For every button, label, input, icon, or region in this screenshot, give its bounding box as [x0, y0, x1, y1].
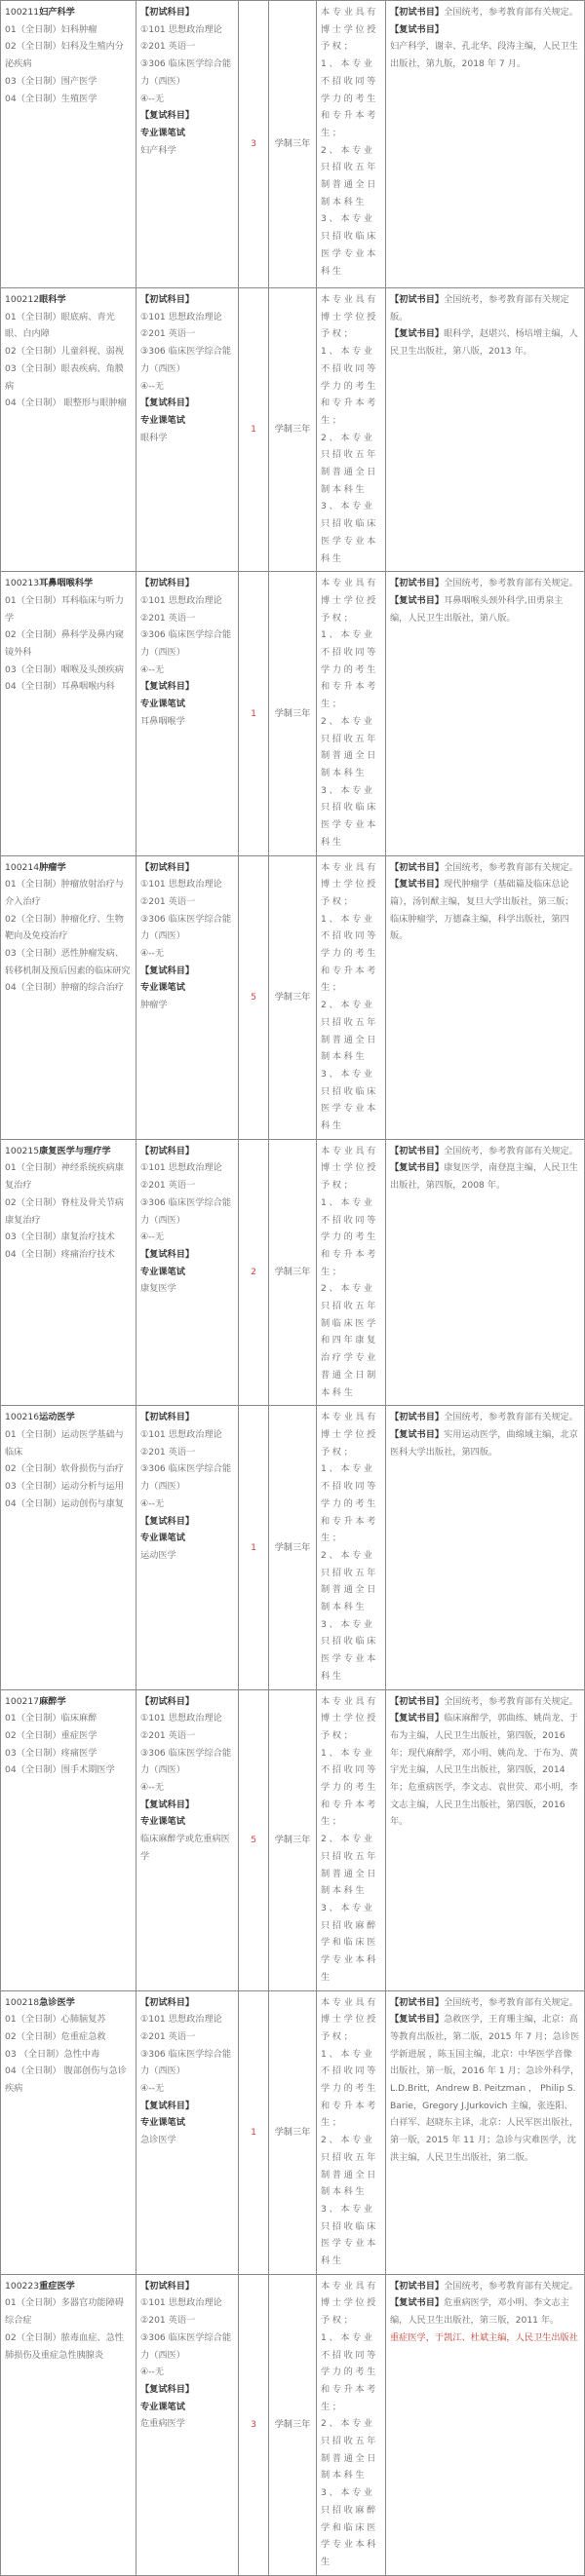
retest-subject: 临床麻醉学或危重病医学 [140, 1831, 234, 1865]
requirements-cell: 本专业具有博士学位授予权；1、本专业不招收同等学力的考生和专升本考生；2、本专业… [317, 1990, 386, 2274]
direction-list: 01（全日制）妇科肿瘤02（全日制）妇科及生殖内分泌疾病03（全日制）围产医学0… [5, 21, 132, 108]
study-duration: 学制三年 [269, 572, 317, 855]
initial-exam-label: 【初试科目】 [140, 859, 234, 877]
direction-list: 01（全日制）运动医学基础与临床02（全日制）软骨损伤与治疗03（全日制）运动分… [5, 1426, 132, 1513]
reference-books-cell: 【初试书目】全国统考，参考教育部有关规定。 【复试书目】急救医学，王育珊主编，北… [386, 1990, 585, 2274]
major-title: 100218急诊医学 [5, 1994, 132, 2012]
study-duration: 学制三年 [269, 1, 317, 288]
list-item: 3、本专业只招收临床医学专业本科生 [321, 1066, 381, 1135]
list-item: 本专业具有博士学位授予权； [321, 575, 381, 626]
list-item: 2、本专业只招收五年制普通全日制本科生 [321, 1547, 381, 1616]
retest-type: 专业课笔试 [140, 2114, 234, 2132]
list-item: 1、本专业不招收同等学力的考生和专升本考生； [321, 2046, 381, 2133]
list-item: ③306 临床医学综合能力（西医） [140, 1745, 234, 1779]
requirement-list: 本专业具有博士学位授予权；1、本专业不招收同等学力的考生和专升本考生；2、本专业… [321, 291, 381, 567]
list-item: 03（全日制）咽喉及头颈疾病 [5, 662, 132, 679]
list-item: 03（全日制）疼痛医学 [5, 1745, 132, 1762]
list-item: 1、本专业不招收同等学力的考生和专升本考生； [321, 911, 381, 998]
reference-books-cell: 【初试书目】全国统考，参考教育部有关规定。 【复试书目】康复医学，南登崑主编，人… [386, 1139, 585, 1406]
retest-books-block: 【复试书目】康复医学，南登崑主编，人民卫生出版社，第四版，2008 年。 [390, 1159, 580, 1193]
list-item: ②201 英语一 [140, 325, 234, 343]
major-cell: 100216运动医学 01（全日制）运动医学基础与临床02（全日制）软骨损伤与治… [1, 1406, 136, 1689]
requirements-cell: 本专业具有博士学位授予权；1、本专业不招收同等学力的考生和专升本考生；2、本专业… [317, 572, 386, 855]
retest-exam-label: 【复试科目】 [140, 107, 234, 125]
retest-exam-label: 【复试科目】 [140, 1513, 234, 1531]
list-item: 1、本专业不招收同等学力的考生和专升本考生； [321, 1745, 381, 1832]
list-item: 03（全日制）运动分析与运用 [5, 1478, 132, 1496]
list-item: 3、本专业只招收临床医学专业本科生 [321, 210, 381, 280]
list-item: ①101 思想政治理论 [140, 1426, 234, 1444]
requirement-list: 本专业具有博士学位授予权；1、本专业不招收同等学力的考生和专升本考生；2、本专业… [321, 1143, 381, 1402]
major-code: 100216 [5, 1412, 39, 1422]
retest-exam-label: 【复试科目】 [140, 1797, 234, 1814]
retest-books-block: 【复试书目】眼科学，赵堪兴、杨培增主编，人民卫生出版社，第八版，2013 年。 [390, 325, 580, 360]
list-item: 本专业具有博士学位授予权； [321, 859, 381, 911]
list-item: ③306 临床医学综合能力（西医） [140, 343, 234, 377]
list-item: 01（全日制）运动医学基础与临床 [5, 1426, 132, 1460]
list-item: ③306 临床医学综合能力（西医） [140, 56, 234, 90]
list-item: ②201 英语一 [140, 38, 234, 56]
retest-books-label: 【复试书目】 [390, 2014, 444, 2025]
list-item: 1、本专业不招收同等学力的考生和专升本考生； [321, 626, 381, 713]
major-cell: 100211妇产科学 01（全日制）妇科肿瘤02（全日制）妇科及生殖内分泌疾病0… [1, 1, 136, 288]
study-duration: 学制三年 [269, 2274, 317, 2369]
major-name: 耳鼻咽喉科学 [39, 578, 93, 588]
retest-books-block: 【复试书目】危重病医学，邓小明、李文志主编，人民卫生出版社，第三版，2011 年… [390, 2294, 580, 2329]
direction-list: 01（全日制）耳科临床与听力学02（全日制）鼻科学及鼻内窥镜外科03（全日制）咽… [5, 592, 132, 696]
retest-type: 专业课笔试 [140, 979, 234, 997]
list-item: ④--无 [140, 378, 234, 396]
enrollment-count: 5 [239, 855, 269, 1139]
list-item: ①101 思想政治理论 [140, 309, 234, 326]
list-item: 01（全日制）心肺脑复苏 [5, 2011, 132, 2028]
reference-books-cell: 【初试书目】全国统考，参考教育部有关规定。 【复试书目】耳鼻咽喉头颈外科学,田勇… [386, 572, 585, 855]
reference-books-cell: 【初试书目】全国统考，参考教育部有关规定。 【复试书目】妇产科学，谢幸、孔北华、… [386, 1, 585, 288]
major-name: 眼科学 [39, 294, 66, 305]
retest-subject: 妇产科学 [140, 142, 234, 160]
list-item: 本专业具有博士学位授予权； [321, 1994, 381, 2046]
requirements-cell: 本专业具有博士学位授予权；1、本专业不招收同等学力的考生和专升本考生；2、本专业… [317, 1, 386, 288]
list-item: 2、本专业只招收五年制临床医学和四年康复治疗学专业普通全日制本科生 [321, 1280, 381, 1401]
major-cell: 100223重症医学 01（全日制）多器官功能障碍综合症02（全日制）脓毒血症、… [1, 2274, 136, 2369]
list-item: 3、本专业只招收临床医学专业本科生 [321, 782, 381, 852]
initial-exam-label: 【初试科目】 [140, 291, 234, 309]
list-item: ③306 临床医学综合能力（西医） [140, 626, 234, 661]
direction-list: 01（全日制）眼底病、青光眼、白内障02（全日制）儿童斜视、弱视03（全日制）眼… [5, 309, 132, 412]
reference-books-cell: 【初试书目】全国统考，参考教育部有关规定。 【复试书目】危重病医学，邓小明、李文… [386, 2274, 585, 2369]
initial-exam-list: ①101 思想政治理论②201 英语一③306 临床医学综合能力（西医）④--无 [140, 1159, 234, 1246]
initial-exam-label: 【初试科目】 [140, 575, 234, 592]
list-item: 03（全日制）恶性肿瘤发病、转移机制及预后因素的临床研究 [5, 945, 132, 979]
exam-subjects-cell: 【初试科目】 ①101 思想政治理论②201 英语一③306 临床医学综合能力（… [136, 572, 239, 855]
initial-books-label: 【初试书目】 [390, 1146, 444, 1156]
table-row: 100218急诊医学 01（全日制）心肺脑复苏02（全日制）危重症急救03 （全… [1, 1990, 585, 2274]
study-duration: 学制三年 [269, 1406, 317, 1689]
list-item: 2、本专业只招收五年制普通全日制本科生 [321, 1831, 381, 1900]
initial-exam-list: ①101 思想政治理论②201 英语一③306 临床医学综合能力（西医）④--无 [140, 1710, 234, 1797]
initial-books-text: 全国统考，参考教育部有关规定。 [444, 1412, 578, 1422]
major-code: 100218 [5, 1997, 39, 2008]
retest-subject: 急诊医学 [140, 2132, 234, 2149]
exam-subjects-cell: 【初试科目】 ①101 思想政治理论②201 英语一③306 临床医学综合能力（… [136, 1689, 239, 1990]
list-item: 04（全日制） 腹部创伤与急诊疾病 [5, 2063, 132, 2097]
list-item: 1、本专业不招收同等学力的考生和专升本考生； [321, 56, 381, 142]
list-item: 04（全日制）肿瘤的综合治疗 [5, 979, 132, 997]
major-title: 100216运动医学 [5, 1409, 132, 1426]
list-item: 本专业具有博士学位授予权； [321, 4, 381, 56]
list-item: 04（全日制）生殖医学 [5, 91, 132, 108]
retest-exam-label: 【复试科目】 [140, 395, 234, 412]
major-code: 100215 [5, 1146, 39, 1156]
direction-list: 01（全日制）肿瘤放射治疗与介入治疗02（全日制）肿瘤化疗、生物靶向及免疫治疗0… [5, 876, 132, 997]
major-name: 肿瘤学 [39, 862, 66, 873]
major-name: 麻醉学 [39, 1696, 66, 1707]
retest-books-label: 【复试书目】 [390, 595, 444, 606]
list-item: ②201 英语一 [140, 1444, 234, 1461]
requirements-cell: 本专业具有博士学位授予权；1、本专业不招收同等学力的考生和专升本考生；2、本专业… [317, 1139, 386, 1406]
list-item: ④--无 [140, 2364, 234, 2369]
enrollment-count: 5 [239, 1689, 269, 1990]
enrollment-count: 3 [239, 2274, 269, 2369]
list-item: ③306 临床医学综合能力（西医） [140, 911, 234, 945]
list-item: 04（全日制） 眼整形与眼肿瘤 [5, 395, 132, 412]
admissions-table: 100211妇产科学 01（全日制）妇科肿瘤02（全日制）妇科及生殖内分泌疾病0… [0, 0, 585, 2369]
list-item: 01（全日制）耳科临床与听力学 [5, 592, 132, 626]
retest-type: 专业课笔试 [140, 412, 234, 430]
list-item: 02（全日制）脓毒血症、急性肺损伤及重症急性胰腺炎 [5, 2330, 132, 2364]
list-item: 01（全日制）多器官功能障碍综合症 [5, 2294, 132, 2329]
retest-exam-label: 【复试科目】 [140, 1246, 234, 1264]
list-item: 2、本专业只招收五年制普通全日制本科生 [321, 430, 381, 499]
retest-books-block: 【复试书目】现代肿瘤学（基础篇及临床总论篇），汤钊猷主编，复旦大学出版社，第三版… [390, 876, 580, 945]
initial-books-label: 【初试书目】 [390, 2281, 444, 2292]
reference-books-cell: 【初试书目】全国统考，参考教育部有关规定版。 【复试书目】眼科学，赵堪兴、杨培增… [386, 288, 585, 572]
retest-subject: 眼科学 [140, 430, 234, 447]
list-item: 3、本专业只招收临床医学专业本科生 [321, 498, 381, 567]
initial-exam-label: 【初试科目】 [140, 1409, 234, 1426]
exam-subjects-cell: 【初试科目】 ①101 思想政治理论②201 英语一③306 临床医学综合能力（… [136, 288, 239, 572]
list-item: ②201 英语一 [140, 2312, 234, 2330]
extra-reference-book: 重症医学，于凯江、杜斌主编，人民卫生出版社 [390, 2330, 580, 2347]
list-item: ④--无 [140, 662, 234, 679]
list-item: 02（全日制）脊柱及骨关节病康复治疗 [5, 1194, 132, 1229]
initial-books-label: 【初试书目】 [390, 862, 444, 873]
major-name: 康复医学与理疗学 [39, 1146, 111, 1156]
list-item: 01（全日制）神经系统疾病康复治疗 [5, 1159, 132, 1193]
major-code: 100223 [5, 2281, 39, 2292]
major-title: 100223重症医学 [5, 2278, 132, 2295]
initial-books-label: 【初试书目】 [390, 294, 444, 305]
enrollment-count: 1 [239, 572, 269, 855]
reference-books-cell: 【初试书目】全国统考，参考教育部有关规定。 【复试书目】现代肿瘤学（基础篇及临床… [386, 855, 585, 1139]
list-item: 本专业具有博士学位授予权； [321, 1409, 381, 1460]
retest-books-text: 妇产科学，谢幸、孔北华、段涛主编，人民卫生出版社，第九版，2018 年 7 月。 [390, 38, 580, 72]
retest-type: 专业课笔试 [140, 1813, 234, 1831]
list-item: ②201 英语一 [140, 610, 234, 627]
initial-books-text: 全国统考，参考教育部有关规定。 [444, 862, 578, 873]
requirements-cell: 本专业具有博士学位授予权；1、本专业不招收同等学力的考生和专升本考生；2、本专业… [317, 1689, 386, 1990]
list-item: 04（全日制）耳鼻咽喉内科 [5, 678, 132, 696]
initial-books-text: 全国统考，参考教育部有关规定。 [444, 2281, 578, 2292]
major-cell: 100217麻醉学 01（全日制）临床麻醉02（全日制）重症医学03（全日制）疼… [1, 1689, 136, 1990]
list-item: 本专业具有博士学位授予权； [321, 2278, 381, 2330]
retest-books-label: 【复试书目】 [390, 2297, 444, 2308]
retest-books-block: 【复试书目】急救医学，王育珊主编，北京：高等教育出版社，第二版，2015 年 7… [390, 2011, 580, 2166]
initial-books-text: 全国统考，参考教育部有关规定。 [444, 1696, 578, 1707]
requirements-cell: 本专业具有博士学位授予权；1、本专业不招收同等学力的考生和专升本考生；2、本专业… [317, 288, 386, 572]
retest-subject: 运动医学 [140, 1547, 234, 1565]
retest-books-block: 【复试书目】临床麻醉学，郭曲练、姚尚龙、于布为主编，人民卫生出版社，第四版，20… [390, 1710, 580, 1831]
list-item: 2、本专业只招收五年制普通全日制本科生 [321, 2132, 381, 2201]
exam-subjects-cell: 【初试科目】 ①101 思想政治理论②201 英语一③306 临床医学综合能力（… [136, 2274, 239, 2369]
requirements-cell: 本专业具有博士学位授予权；1、本专业不招收同等学力的考生和专升本考生；2、本专业… [317, 2274, 386, 2369]
list-item: ②201 英语一 [140, 1177, 234, 1194]
retest-books-label: 【复试书目】 [390, 24, 444, 35]
list-item: 04（全日制）围手术期医学 [5, 1762, 132, 1779]
study-duration: 学制三年 [269, 1689, 317, 1990]
table-row: 100223重症医学 01（全日制）多器官功能障碍综合症02（全日制）脓毒血症、… [1, 2274, 585, 2369]
list-item: 03 （全日制）急性中毒 [5, 2046, 132, 2064]
list-item: 本专业具有博士学位授予权； [321, 1693, 381, 1745]
list-item: 3、本专业只招收麻醉学和临床医学专业本科生 [321, 1900, 381, 1987]
major-title: 100217麻醉学 [5, 1693, 132, 1711]
major-name: 运动医学 [39, 1412, 75, 1422]
list-item: 3、本专业只招收临床医学专业本科生 [321, 2201, 381, 2270]
initial-exam-label: 【初试科目】 [140, 2278, 234, 2295]
initial-books-label: 【初试书目】 [390, 1696, 444, 1707]
requirement-list: 本专业具有博士学位授予权；1、本专业不招收同等学力的考生和专升本考生；2、本专业… [321, 1693, 381, 1987]
exam-subjects-cell: 【初试科目】 ①101 思想政治理论②201 英语一③306 临床医学综合能力（… [136, 855, 239, 1139]
requirement-list: 本专业具有博士学位授予权；1、本专业不招收同等学力的考生和专升本考生；2、本专业… [321, 4, 381, 280]
list-item: 1、本专业不招收同等学力的考生和专升本考生； [321, 343, 381, 430]
table-row: 100213耳鼻咽喉科学 01（全日制）耳科临床与听力学02（全日制）鼻科学及鼻… [1, 572, 585, 855]
initial-books-text: 全国统考，参考教育部有关规定。 [444, 1997, 578, 2008]
list-item: ①101 思想政治理论 [140, 21, 234, 39]
retest-subject: 肿瘤学 [140, 997, 234, 1014]
initial-exam-list: ①101 思想政治理论②201 英语一③306 临床医学综合能力（西医）④--无 [140, 21, 234, 108]
list-item: ③306 临床医学综合能力（西医） [140, 2046, 234, 2080]
table-row: 100211妇产科学 01（全日制）妇科肿瘤02（全日制）妇科及生殖内分泌疾病0… [1, 1, 585, 288]
major-cell: 100212眼科学 01（全日制）眼底病、青光眼、白内障02（全日制）儿童斜视、… [1, 288, 136, 572]
list-item: 02（全日制）儿童斜视、弱视 [5, 343, 132, 360]
list-item: 03（全日制）围产医学 [5, 73, 132, 91]
list-item: 1、本专业不招收同等学力的考生和专升本考生； [321, 2330, 381, 2369]
major-title: 100211妇产科学 [5, 4, 132, 21]
study-duration: 学制三年 [269, 288, 317, 572]
exam-subjects-cell: 【初试科目】 ①101 思想政治理论②201 英语一③306 临床医学综合能力（… [136, 1, 239, 288]
list-item: 本专业具有博士学位授予权； [321, 1143, 381, 1194]
major-name: 重症医学 [39, 2281, 75, 2292]
retest-subject: 康复医学 [140, 1280, 234, 1298]
list-item: 2、本专业只招收五年制普通全日制本科生 [321, 142, 381, 211]
major-cell: 100214肿瘤学 01（全日制）肿瘤放射治疗与介入治疗02（全日制）肿瘤化疗、… [1, 855, 136, 1139]
list-item: ①101 思想政治理论 [140, 876, 234, 893]
table-row: 100217麻醉学 01（全日制）临床麻醉02（全日制）重症医学03（全日制）疼… [1, 1689, 585, 1990]
major-title: 100213耳鼻咽喉科学 [5, 575, 132, 592]
study-duration: 学制三年 [269, 1990, 317, 2274]
list-item: 02（全日制）危重症急救 [5, 2028, 132, 2046]
retest-books-block: 【复试书目】实用运动医学，曲绵域主编，北京医科大学出版社，第四版。 [390, 1426, 580, 1460]
list-item: 03（全日制）眼表疾病、角膜病 [5, 360, 132, 395]
requirement-list: 本专业具有博士学位授予权；1、本专业不招收同等学力的考生和专升本考生；2、本专业… [321, 859, 381, 1135]
major-code: 100217 [5, 1696, 39, 1707]
list-item: 02（全日制）肿瘤化疗、生物靶向及免疫治疗 [5, 911, 132, 945]
initial-exam-list: ①101 思想政治理论②201 英语一③306 临床医学综合能力（西医）④--无 [140, 2011, 234, 2098]
retest-books-label: 【复试书目】 [390, 1429, 444, 1440]
list-item: 2、本专业只招收五年制普通全日制本科生 [321, 713, 381, 782]
initial-exam-list: ①101 思想政治理论②201 英语一③306 临床医学综合能力（西医）④--无 [140, 1426, 234, 1513]
retest-books-block: 【复试书目】耳鼻咽喉头颈外科学,田勇泉主编，人民卫生出版社，第八版。 [390, 592, 580, 626]
initial-books-label: 【初试书目】 [390, 1412, 444, 1422]
initial-exam-label: 【初试科目】 [140, 4, 234, 21]
initial-exam-list: ①101 思想政治理论②201 英语一③306 临床医学综合能力（西医）④--无 [140, 2294, 234, 2369]
major-title: 100214肿瘤学 [5, 859, 132, 877]
retest-type: 专业课笔试 [140, 125, 234, 142]
retest-exam-label: 【复试科目】 [140, 963, 234, 980]
list-item: ④--无 [140, 1496, 234, 1513]
retest-type: 专业课笔试 [140, 696, 234, 713]
study-duration: 学制三年 [269, 855, 317, 1139]
major-code: 100212 [5, 294, 39, 305]
retest-books-block: 【复试书目】妇产科学，谢幸、孔北华、段涛主编，人民卫生出版社，第九版，2018 … [390, 21, 580, 73]
retest-exam-label: 【复试科目】 [140, 2098, 234, 2115]
list-item: ①101 思想政治理论 [140, 2011, 234, 2028]
list-item: ③306 临床医学综合能力（西医） [140, 2330, 234, 2364]
direction-list: 01（全日制）临床麻醉02（全日制）重症医学03（全日制）疼痛医学04（全日制）… [5, 1710, 132, 1779]
major-code: 100214 [5, 862, 39, 873]
retest-books-label: 【复试书目】 [390, 328, 444, 339]
list-item: ④--无 [140, 1779, 234, 1797]
list-item: ②201 英语一 [140, 1727, 234, 1745]
direction-list: 01（全日制）心肺脑复苏02（全日制）危重症急救03 （全日制）急性中毒04（全… [5, 2011, 132, 2098]
list-item: ③306 临床医学综合能力（西医） [140, 1460, 234, 1495]
enrollment-count: 1 [239, 1990, 269, 2274]
list-item: 02（全日制）妇科及生殖内分泌疾病 [5, 38, 132, 72]
reference-books-cell: 【初试书目】全国统考，参考教育部有关规定。 【复试书目】实用运动医学，曲绵域主编… [386, 1406, 585, 1689]
major-code: 100213 [5, 578, 39, 588]
major-cell: 100218急诊医学 01（全日制）心肺脑复苏02（全日制）危重症急救03 （全… [1, 1990, 136, 2274]
requirements-cell: 本专业具有博士学位授予权；1、本专业不招收同等学力的考生和专升本考生；2、本专业… [317, 855, 386, 1139]
major-cell: 100215康复医学与理疗学 01（全日制）神经系统疾病康复治疗02（全日制）脊… [1, 1139, 136, 1406]
direction-list: 01（全日制）神经系统疾病康复治疗02（全日制）脊柱及骨关节病康复治疗03（全日… [5, 1159, 132, 1263]
list-item: 04（全日制）疼痛治疗技术 [5, 1246, 132, 1264]
list-item: ④--无 [140, 1229, 234, 1246]
major-code: 100211 [5, 7, 39, 18]
reference-books-cell: 【初试书目】全国统考，参考教育部有关规定。 【复试书目】临床麻醉学，郭曲练、姚尚… [386, 1689, 585, 1990]
list-item: ②201 英语一 [140, 893, 234, 911]
retest-books-text: 急救医学，王育珊主编，北京：高等教育出版社，第二版，2015 年 7 月；急诊医… [390, 2014, 579, 2163]
table-row: 100212眼科学 01（全日制）眼底病、青光眼、白内障02（全日制）儿童斜视、… [1, 288, 585, 572]
initial-exam-list: ①101 思想政治理论②201 英语一③306 临床医学综合能力（西医）④--无 [140, 876, 234, 963]
list-item: ③306 临床医学综合能力（西医） [140, 1194, 234, 1229]
list-item: ④--无 [140, 945, 234, 963]
requirements-cell: 本专业具有博士学位授予权；1、本专业不招收同等学力的考生和专升本考生；2、本专业… [317, 1406, 386, 1689]
initial-exam-label: 【初试科目】 [140, 1693, 234, 1711]
initial-books-label: 【初试书目】 [390, 7, 444, 18]
table-row: 100214肿瘤学 01（全日制）肿瘤放射治疗与介入治疗02（全日制）肿瘤化疗、… [1, 855, 585, 1139]
retest-books-label: 【复试书目】 [390, 1162, 444, 1173]
list-item: ②201 英语一 [140, 2028, 234, 2046]
list-item: ①101 思想政治理论 [140, 592, 234, 610]
exam-subjects-cell: 【初试科目】 ①101 思想政治理论②201 英语一③306 临床医学综合能力（… [136, 1990, 239, 2274]
requirement-list: 本专业具有博士学位授予权；1、本专业不招收同等学力的考生和专升本考生；2、本专业… [321, 1994, 381, 2270]
study-duration: 学制三年 [269, 1139, 317, 1406]
initial-books-label: 【初试书目】 [390, 1997, 444, 2008]
list-item: ①101 思想政治理论 [140, 2294, 234, 2312]
list-item: 02（全日制）重症医学 [5, 1727, 132, 1745]
list-item: 04（全日制）运动创伤与康复 [5, 1496, 132, 1513]
exam-subjects-cell: 【初试科目】 ①101 思想政治理论②201 英语一③306 临床医学综合能力（… [136, 1139, 239, 1406]
major-title: 100212眼科学 [5, 291, 132, 309]
initial-books-text: 全国统考，参考教育部有关规定。 [444, 578, 578, 588]
enrollment-count: 2 [239, 1139, 269, 1406]
initial-books-label: 【初试书目】 [390, 578, 444, 588]
list-item: 1、本专业不招收同等学力的考生和专升本考生； [321, 1194, 381, 1281]
list-item: 本专业具有博士学位授予权； [321, 291, 381, 343]
enrollment-count: 1 [239, 1406, 269, 1689]
list-item: 03（全日制）康复治疗技术 [5, 1229, 132, 1246]
list-item: 02（全日制）鼻科学及鼻内窥镜外科 [5, 626, 132, 661]
retest-books-label: 【复试书目】 [390, 1713, 444, 1724]
major-name: 妇产科学 [39, 7, 75, 18]
list-item: ①101 思想政治理论 [140, 1159, 234, 1177]
list-item: 01（全日制）眼底病、青光眼、白内障 [5, 309, 132, 343]
retest-subject: 耳鼻咽喉学 [140, 713, 234, 731]
list-item: 01（全日制）肿瘤放射治疗与介入治疗 [5, 876, 132, 910]
retest-books-text: 临床麻醉学，郭曲练、姚尚龙、于布为主编，人民卫生出版社，第四版，2016 年；现… [390, 1713, 578, 1827]
list-item: 3、本专业只招收临床医学专业本科生 [321, 1616, 381, 1686]
direction-list: 01（全日制）多器官功能障碍综合症02（全日制）脓毒血症、急性肺损伤及重症急性胰… [5, 2294, 132, 2364]
initial-books-text: 全国统考，参考教育部有关规定。 [444, 7, 578, 18]
retest-type: 专业课笔试 [140, 1264, 234, 1281]
list-item: ①101 思想政治理论 [140, 1710, 234, 1727]
initial-exam-list: ①101 思想政治理论②201 英语一③306 临床医学综合能力（西医）④--无 [140, 592, 234, 679]
major-name: 急诊医学 [39, 1997, 75, 2008]
initial-exam-label: 【初试科目】 [140, 1143, 234, 1160]
initial-exam-list: ①101 思想政治理论②201 英语一③306 临床医学综合能力（西医）④--无 [140, 309, 234, 396]
major-cell: 100213耳鼻咽喉科学 01（全日制）耳科临床与听力学02（全日制）鼻科学及鼻… [1, 572, 136, 855]
list-item: ④--无 [140, 2080, 234, 2098]
table-row: 100216运动医学 01（全日制）运动医学基础与临床02（全日制）软骨损伤与治… [1, 1406, 585, 1689]
initial-books-text: 全国统考，参考教育部有关规定。 [444, 1146, 578, 1156]
major-title: 100215康复医学与理疗学 [5, 1143, 132, 1160]
list-item: 02（全日制）软骨损伤与治疗 [5, 1460, 132, 1478]
list-item: 1、本专业不招收同等学力的考生和专升本考生； [321, 1460, 381, 1547]
requirement-list: 本专业具有博士学位授予权；1、本专业不招收同等学力的考生和专升本考生；2、本专业… [321, 575, 381, 851]
list-item: 2、本专业只招收五年制普通全日制本科生 [321, 997, 381, 1066]
requirement-list: 本专业具有博士学位授予权；1、本专业不招收同等学力的考生和专升本考生；2、本专业… [321, 2278, 381, 2369]
initial-exam-label: 【初试科目】 [140, 1994, 234, 2012]
admissions-table-body: 100211妇产科学 01（全日制）妇科肿瘤02（全日制）妇科及生殖内分泌疾病0… [1, 1, 585, 2370]
exam-subjects-cell: 【初试科目】 ①101 思想政治理论②201 英语一③306 临床医学综合能力（… [136, 1406, 239, 1689]
enrollment-count: 1 [239, 288, 269, 572]
list-item: 01（全日制）妇科肿瘤 [5, 21, 132, 39]
retest-books-label: 【复试书目】 [390, 879, 444, 890]
list-item: 01（全日制）临床麻醉 [5, 1710, 132, 1727]
list-item: ④--无 [140, 91, 234, 108]
retest-exam-label: 【复试科目】 [140, 678, 234, 696]
enrollment-count: 3 [239, 1, 269, 288]
table-row: 100215康复医学与理疗学 01（全日制）神经系统疾病康复治疗02（全日制）脊… [1, 1139, 585, 1406]
requirement-list: 本专业具有博士学位授予权；1、本专业不招收同等学力的考生和专升本考生；2、本专业… [321, 1409, 381, 1685]
retest-type: 专业课笔试 [140, 1530, 234, 1547]
